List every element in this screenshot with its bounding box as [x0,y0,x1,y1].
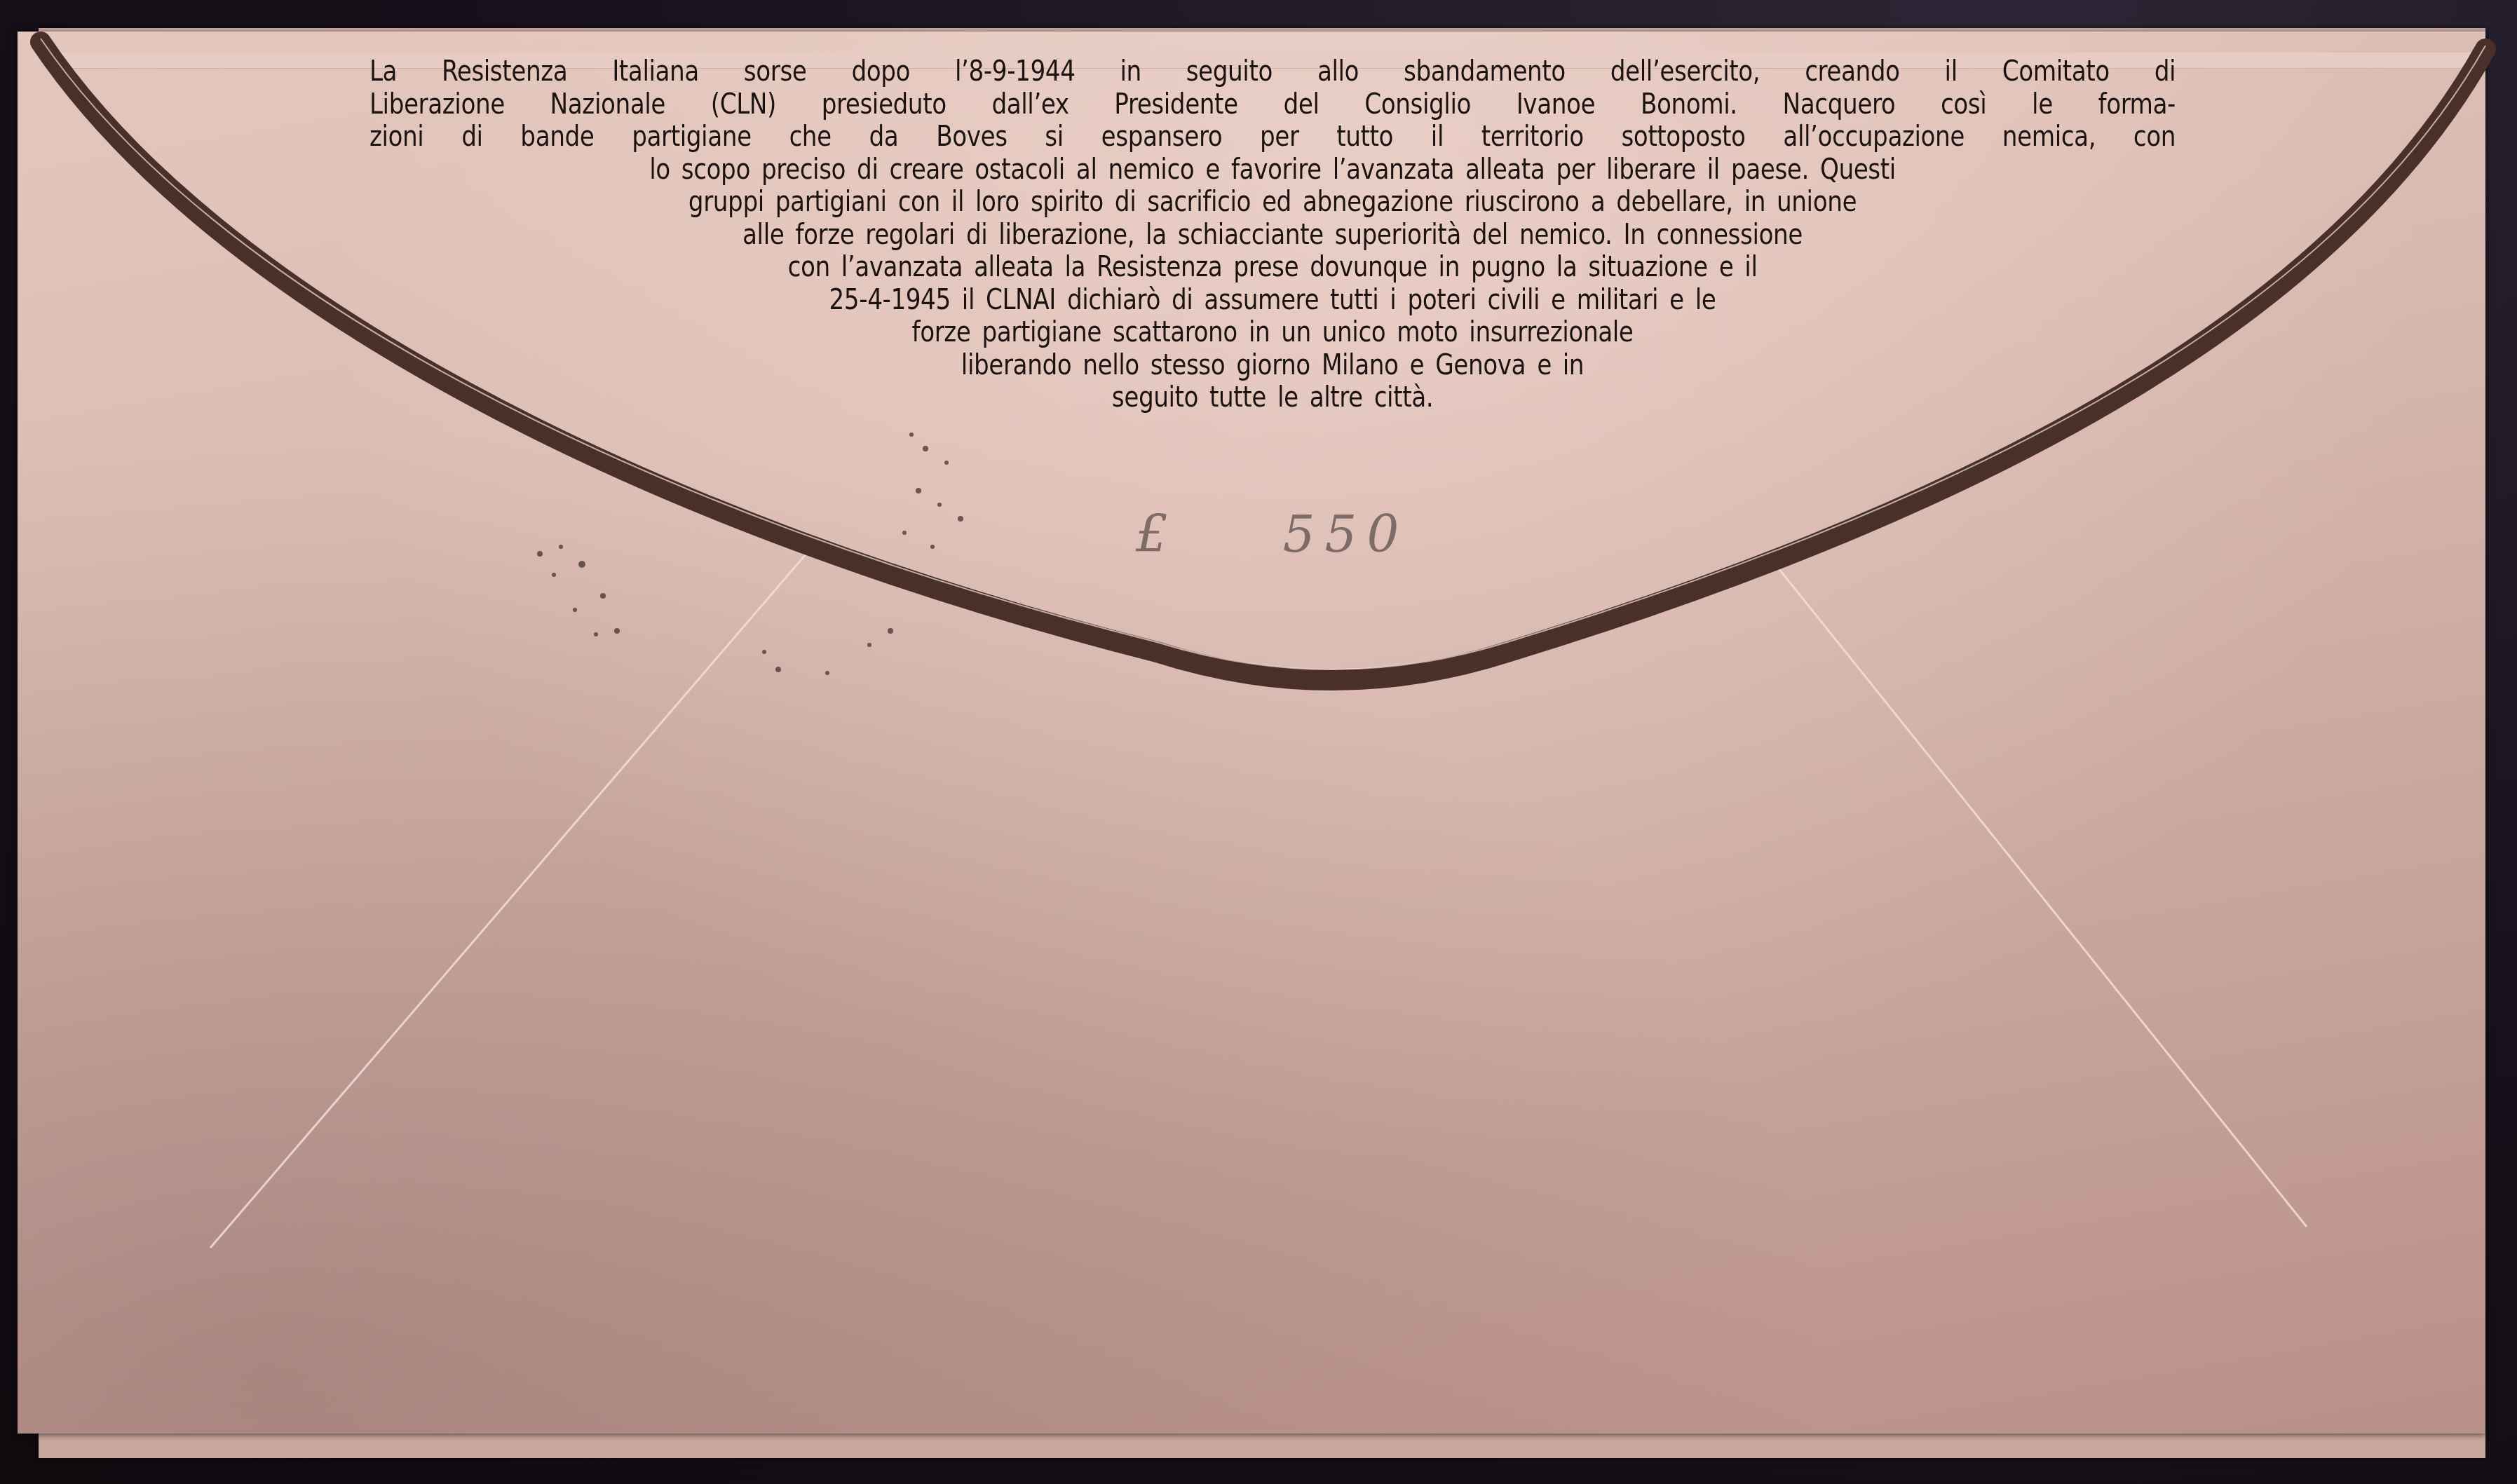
pencil-price-note: £550 [1136,505,1409,564]
text-line: forze partigiane scattarono in un unico … [369,315,2176,348]
text-line: gruppi partigiani con il loro spirito di… [369,185,2176,218]
left-crease-line [210,554,806,1248]
text-line: 25-4-1945 il CLNAI dichiarò di assumere … [369,283,2176,316]
text-line: seguito tutte le altre città. [369,381,2176,414]
text-line: alle forze regolari di liberazione, la s… [369,218,2176,251]
lira-sign-icon: £ [1136,505,1178,564]
flap-text-paragraph: La Resistenza Italiana sorse dopo l’8-9-… [369,55,2176,414]
text-line: Liberazione Nazionale (CLN) presieduto d… [369,88,2176,121]
text-line: lo scopo preciso di creare ostacoli al n… [369,153,2176,186]
price-amount: 550 [1283,505,1409,564]
text-line: liberando nello stesso giorno Milano e G… [369,348,2176,381]
right-crease-line [1767,554,2307,1227]
text-line: zioni di bande partigiane che da Boves s… [369,120,2176,153]
text-line: La Resistenza Italiana sorse dopo l’8-9-… [369,55,2176,88]
text-line: con l’avanzata alleata la Resistenza pre… [369,250,2176,283]
